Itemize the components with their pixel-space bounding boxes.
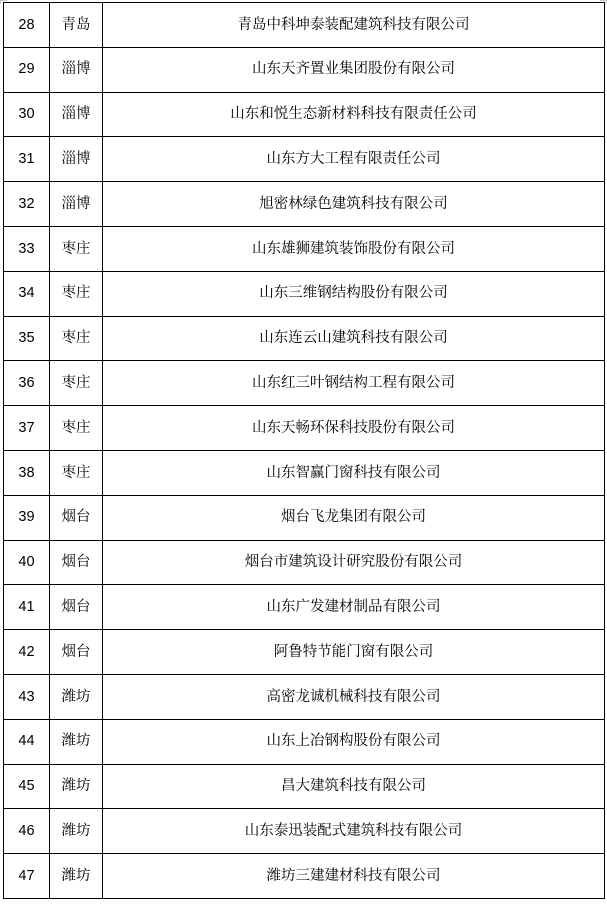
row-number: 45 [4, 764, 50, 809]
table-row: 42 烟台 阿鲁特节能门窗有限公司 [4, 630, 605, 675]
row-number: 46 [4, 809, 50, 854]
company-cell: 山东和悦生态新材料科技有限责任公司 [103, 92, 605, 137]
city-cell: 烟台 [50, 540, 103, 585]
table-row: 28 青岛 青岛中科坤泰装配建筑科技有限公司 [4, 3, 605, 48]
table-row: 31 淄博 山东方大工程有限责任公司 [4, 137, 605, 182]
company-cell: 高密龙诚机械科技有限公司 [103, 674, 605, 719]
city-cell: 淄博 [50, 47, 103, 92]
city-cell: 淄博 [50, 137, 103, 182]
city-cell: 烟台 [50, 495, 103, 540]
city-cell: 枣庄 [50, 361, 103, 406]
row-number: 29 [4, 47, 50, 92]
company-cell: 山东天畅环保科技股份有限公司 [103, 406, 605, 451]
table-row: 34 枣庄 山东三维钢结构股份有限公司 [4, 271, 605, 316]
row-number: 28 [4, 3, 50, 48]
company-cell: 阿鲁特节能门窗有限公司 [103, 630, 605, 675]
row-number: 39 [4, 495, 50, 540]
city-cell: 枣庄 [50, 226, 103, 271]
company-cell: 山东红三叶钢结构工程有限公司 [103, 361, 605, 406]
company-list-table: 28 青岛 青岛中科坤泰装配建筑科技有限公司 29 淄博 山东天齐置业集团股份有… [3, 2, 605, 899]
city-cell: 潍坊 [50, 809, 103, 854]
company-cell: 青岛中科坤泰装配建筑科技有限公司 [103, 3, 605, 48]
city-cell: 青岛 [50, 3, 103, 48]
row-number: 44 [4, 719, 50, 764]
company-cell: 昌大建筑科技有限公司 [103, 764, 605, 809]
table-row: 33 枣庄 山东雄狮建筑装饰股份有限公司 [4, 226, 605, 271]
table-row: 47 潍坊 潍坊三建建材科技有限公司 [4, 854, 605, 899]
row-number: 35 [4, 316, 50, 361]
company-cell: 烟台飞龙集团有限公司 [103, 495, 605, 540]
table-row: 39 烟台 烟台飞龙集团有限公司 [4, 495, 605, 540]
row-number: 40 [4, 540, 50, 585]
company-cell: 山东广发建材制品有限公司 [103, 585, 605, 630]
row-number: 31 [4, 137, 50, 182]
city-cell: 烟台 [50, 585, 103, 630]
table-row: 41 烟台 山东广发建材制品有限公司 [4, 585, 605, 630]
row-number: 32 [4, 182, 50, 227]
table-body: 28 青岛 青岛中科坤泰装配建筑科技有限公司 29 淄博 山东天齐置业集团股份有… [4, 3, 605, 899]
table-row: 30 淄博 山东和悦生态新材料科技有限责任公司 [4, 92, 605, 137]
city-cell: 枣庄 [50, 450, 103, 495]
table-row: 29 淄博 山东天齐置业集团股份有限公司 [4, 47, 605, 92]
company-cell: 山东雄狮建筑装饰股份有限公司 [103, 226, 605, 271]
city-cell: 潍坊 [50, 854, 103, 899]
city-cell: 潍坊 [50, 764, 103, 809]
company-cell: 山东三维钢结构股份有限公司 [103, 271, 605, 316]
company-cell: 旭密林绿色建筑科技有限公司 [103, 182, 605, 227]
row-number: 42 [4, 630, 50, 675]
city-cell: 枣庄 [50, 271, 103, 316]
table-row: 40 烟台 烟台市建筑设计研究股份有限公司 [4, 540, 605, 585]
row-number: 34 [4, 271, 50, 316]
table-row: 43 潍坊 高密龙诚机械科技有限公司 [4, 674, 605, 719]
company-cell: 山东方大工程有限责任公司 [103, 137, 605, 182]
document-page: 28 青岛 青岛中科坤泰装配建筑科技有限公司 29 淄博 山东天齐置业集团股份有… [0, 0, 607, 910]
company-cell: 山东上冶钢构股份有限公司 [103, 719, 605, 764]
company-cell: 山东泰迅装配式建筑科技有限公司 [103, 809, 605, 854]
table-row: 45 潍坊 昌大建筑科技有限公司 [4, 764, 605, 809]
row-number: 33 [4, 226, 50, 271]
company-cell: 潍坊三建建材科技有限公司 [103, 854, 605, 899]
city-cell: 烟台 [50, 630, 103, 675]
row-number: 43 [4, 674, 50, 719]
company-cell: 山东天齐置业集团股份有限公司 [103, 47, 605, 92]
row-number: 38 [4, 450, 50, 495]
row-number: 37 [4, 406, 50, 451]
city-cell: 枣庄 [50, 316, 103, 361]
table-row: 46 潍坊 山东泰迅装配式建筑科技有限公司 [4, 809, 605, 854]
table-row: 37 枣庄 山东天畅环保科技股份有限公司 [4, 406, 605, 451]
row-number: 36 [4, 361, 50, 406]
company-cell: 山东智赢门窗科技有限公司 [103, 450, 605, 495]
row-number: 41 [4, 585, 50, 630]
city-cell: 淄博 [50, 182, 103, 227]
city-cell: 淄博 [50, 92, 103, 137]
city-cell: 潍坊 [50, 719, 103, 764]
row-number: 47 [4, 854, 50, 899]
company-cell: 山东连云山建筑科技有限公司 [103, 316, 605, 361]
company-cell: 烟台市建筑设计研究股份有限公司 [103, 540, 605, 585]
table-row: 38 枣庄 山东智赢门窗科技有限公司 [4, 450, 605, 495]
city-cell: 枣庄 [50, 406, 103, 451]
city-cell: 潍坊 [50, 674, 103, 719]
table-row: 35 枣庄 山东连云山建筑科技有限公司 [4, 316, 605, 361]
row-number: 30 [4, 92, 50, 137]
table-row: 44 潍坊 山东上冶钢构股份有限公司 [4, 719, 605, 764]
table-row: 32 淄博 旭密林绿色建筑科技有限公司 [4, 182, 605, 227]
table-row: 36 枣庄 山东红三叶钢结构工程有限公司 [4, 361, 605, 406]
